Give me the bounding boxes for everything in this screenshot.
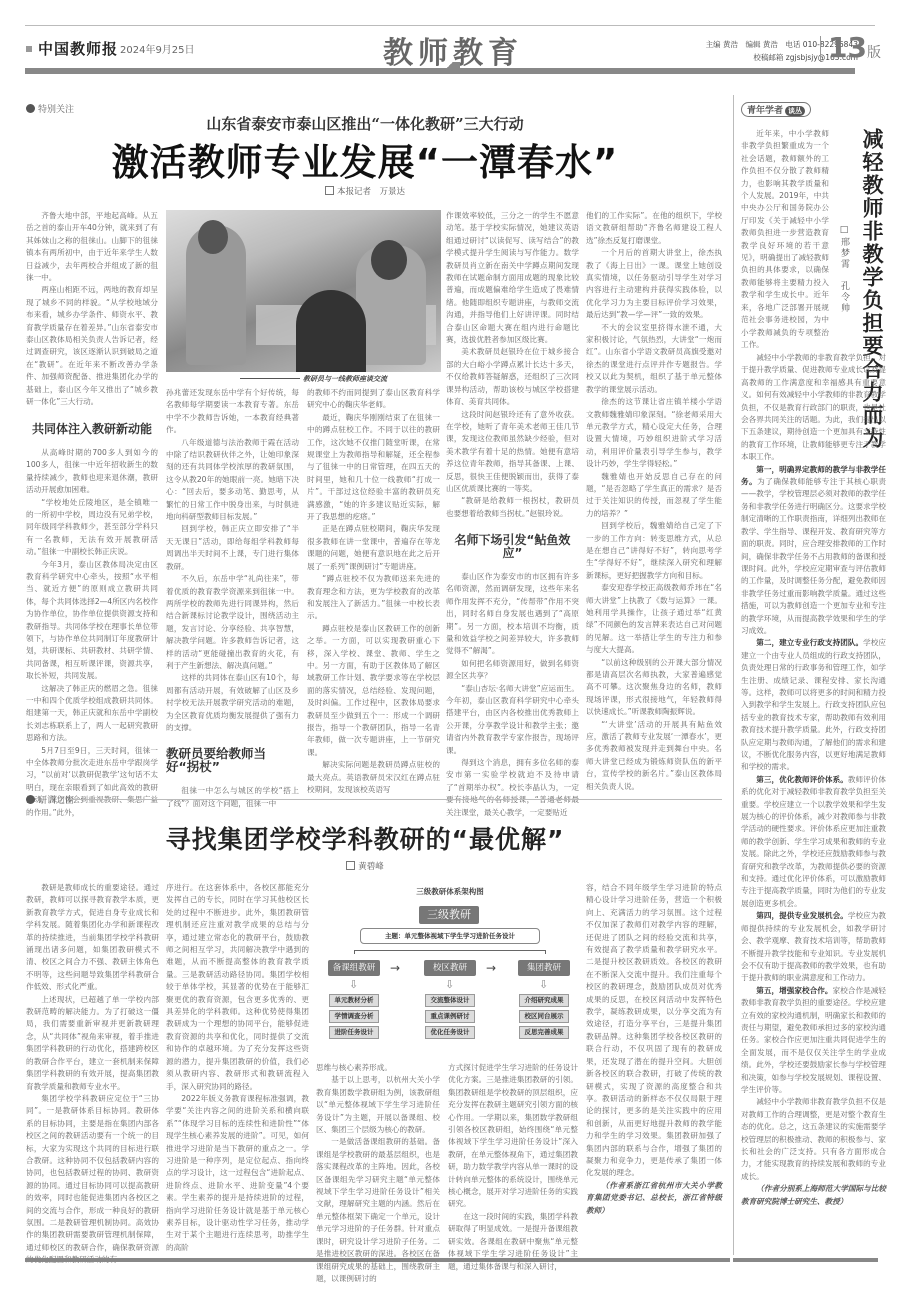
paragraph: “‘大讲堂’活动的开展具有鲇鱼效应，激活了教师专业发展‘一潭春水’，更多优秀教师…	[586, 719, 722, 793]
lead-column-4: 作课效率较低，三分之一的学生不愿意动笔。基于学校实际情况，她建议英语组通过研讨“…	[446, 210, 579, 819]
paragraph: 不大的会议室里挤得水泄不通，大家积极讨论，气氛热烈，大讲堂“一炮而红”。山东省小…	[586, 322, 722, 396]
paragraph: 孙兆蕾还发现东岳中学有个好传统，每名教师每学期要读一本教育专著。东岳中学不少教师…	[166, 387, 299, 437]
photo-caption: 教研员与一线教师座谈交流	[240, 374, 387, 384]
diagram-item: 单元教材分析	[329, 994, 379, 1007]
diagram-item: 介绍研究成果	[519, 994, 569, 1007]
paragraph: 魏雅婧也开始反思自己存在的问题，“是否忽略了学生真正的需求？是否过于关注知识的传…	[586, 471, 722, 521]
paragraph: 泰安迎春学校正高级教师乔玮在“名师大讲堂”上执教了《数与运算》一课。她利用学具操…	[586, 582, 722, 656]
paragraph: 方式探讨促进学生学习进阶的任务设计优化方案。三是推进集团教研的引领。集团教研组是…	[448, 1062, 578, 1211]
paragraph: 两座山相距不远，两地的教育却呈现了城乡不同的样貌。“从学校地域分布来看，城乡办学…	[26, 284, 158, 408]
lead-column-5: 他们的工作实际”。在他的组织下，学校语文教研组帮助“齐鲁名师建设工程人选”徐杰反…	[586, 210, 722, 793]
paragraph: “泰山杏坛·名师大讲堂”应运而生。今年初，泰山区教育科学研究中心牵头搭建平台，由…	[446, 683, 579, 757]
diagram-level-node: 备课组教研	[328, 960, 380, 976]
diagram-item: 校区同台展示	[519, 1010, 569, 1023]
author-note: （作者分别系上海师范大学国际与比较教育研究院博士研究生、教授）	[741, 1183, 886, 1208]
point-lead: 第二，建立专业行政支持团队。	[756, 638, 863, 647]
bottom-bar	[25, 1258, 730, 1262]
down-arrow-icon: ⇩	[349, 979, 358, 990]
paragraph: “学校地处丘陵地区，是全镇唯一的一所初中学校，周边没有兄弟学校，同年级同学科教师…	[26, 497, 158, 559]
point-text: 为了确保教师能够专注于其核心职责——教学，学校管理层必须对教师的教学任务和非教学…	[741, 477, 886, 635]
paragraph: 教研是教师成长的重要途径。通过教研，教师可以探寻教育教学本质，更新教育教学方式，…	[26, 882, 159, 994]
paragraph: 近年来，中小学教师非教学负担繁重成为一个社会话题，教师额外的工作负担不仅分散了教…	[741, 128, 829, 351]
tag-dot-icon	[26, 104, 35, 113]
subhead-crutch: 教研员要给教师当好“拐杖”	[166, 748, 299, 773]
paragraph: 美术教研员赵银玲在位于城乡接合部的大白峪小学蹲点累计长达十多天，不仅给教师答疑解…	[446, 346, 579, 408]
point-paragraph: 第四，提供专业发展机会。学校应为教师提供持续的专业发展机会，如教学研讨会、教学观…	[741, 910, 886, 984]
subhead-community: 共同体注入教研新动能	[26, 423, 158, 435]
diagram-top-node: 三级教研	[419, 906, 479, 924]
lead-column-3: 的教师不约而同提到了泰山区教育科学研究中心的鞠庆华老师。 最近，鞠庆华刚刚结束了…	[307, 387, 440, 796]
tag-dot-icon	[26, 795, 35, 804]
paragraph: 的教师不约而同提到了泰山区教育科学研究中心的鞠庆华老师。	[307, 387, 440, 412]
paragraph: 从高峰时期的700多人到如今的100多人，徂徕一中近年招收新生的数量持续减少，教…	[26, 447, 158, 497]
paragraph: 回到学校后，魏雅婧给自己定了下一步的工作方向：转变思维方式，从总是在想自己“讲得…	[586, 520, 722, 582]
sidebar-tag: 青年学者谈丛	[741, 102, 811, 117]
down-arrow-icon: ⇩	[445, 979, 454, 990]
diagram-item: 交流整体设计	[425, 994, 475, 1007]
paragraph: 得到这个消息，拥有多位名师的泰安市第一实验学校就迫不及待申请了“首期举办权”。校…	[446, 757, 579, 819]
newspaper-logo: 中国教师报	[26, 38, 118, 59]
paragraph: 泰山区作为泰安市的市区拥有许多名师资源，然而调研发现，这些年来名师作用发挥不充分…	[446, 571, 579, 658]
paragraph: 在这一段时间的实践，集团学科教研取得了明显成效。一是提升备课组教研实效。各课组在…	[448, 1211, 578, 1273]
paragraph: 徐杰的这节课让省庄镇羊楼小学语文教师魏雅婧印象深刻。“徐老师采用大单元教学方式，…	[586, 396, 722, 470]
diagram-item: 进阶任务设计	[329, 1026, 379, 1039]
paragraph: 集团学校学科教研应定位于“三协同”。一是教研体系目标协同。教研体系的目标协同，主…	[26, 1093, 159, 1267]
lead-column-1: 齐鲁大地中部，平地起高峰。从五岳之首的泰山开车40分钟，就来到了有其姊妹山之称的…	[26, 210, 158, 819]
paragraph: 不久后，东岳中学“礼尚往来”，带着优质的教育教学资源来到徂徕一中。两所学校的教师…	[166, 573, 299, 672]
paragraph: 八年级道德与法治教师于霞在活动中除了结识教研伙伴之外，让她印象深刻的还有共同体学…	[166, 437, 299, 524]
masthead-separator	[820, 36, 821, 62]
sidebar-tag-badge: 谈丛	[785, 106, 805, 116]
photo-person	[296, 290, 366, 372]
second-column-3a: 思维与核心素养形成。 基于以上思考，以杭州大关小学教育集团数学教研组为例，该教研…	[316, 1062, 440, 1285]
sidebar-tag-label: 青年学者	[747, 106, 783, 116]
email-line: 校稿邮箱 zgjsbjsjy@163.com	[648, 51, 858, 64]
subhead-catfish: 名师下场引发“鲇鱼效应”	[446, 534, 579, 559]
point-paragraph: 第五，增强家校合作。家校合作是减轻教师非教育教学负担的重要途径。学校应建立有效的…	[741, 985, 886, 1097]
paragraph: 解决实际问题是教研员蹲点驻校的最大亮点。英语教研员宋汉红在蹲点驻校期间，发现该校…	[307, 759, 440, 796]
right-arrow-icon: →	[390, 962, 400, 974]
paragraph: 减轻中小学教师的非教育教学负担，对于提升教学质量、促进教师专业成长以及提高教师的…	[741, 352, 886, 464]
paragraph: 齐鲁大地中部，平地起高峰。从五岳之首的泰山开车40分钟，就来到了有其姊妹山之称的…	[26, 210, 158, 284]
paragraph: 一是做活备课组教研的基础。备课组是学校教研的最基层组织，也是落实课程改革的主阵地…	[316, 1136, 440, 1285]
masthead-top-rule	[25, 25, 875, 26]
diagram-level-node: 集团教研	[518, 960, 570, 976]
paragraph: “教研是给教师一根拐杖，教研员也要想着给教师当拐杖。”赵银玲说。	[446, 495, 579, 520]
newspaper-name: 中国教师报	[38, 38, 118, 59]
paragraph: “蹲点驻校不仅为教师送来先进的教育理念和方法，更为学校教育的改革和发展注入了新活…	[307, 573, 440, 623]
photo-person-head	[198, 220, 228, 254]
author-note: （作者系浙江省杭州市大关小学教育集团党委书记、总校长，浙江省特级教师）	[586, 1180, 722, 1217]
paragraph: 如何把名师资源用好，做到名师资源全区共享？	[446, 658, 579, 683]
second-column-3b: 方式探讨促进学生学习进阶的任务设计优化方案。三是推进集团教研的引领。集团教研组是…	[448, 1062, 578, 1273]
paragraph: 这段时间赵银玲还有了意外收获。在学校，她听了青年美术老师王佳几节课，发现这位教师…	[446, 409, 579, 496]
editor-info: 主编 黄浩 编辑 黄浩 电话 010-82296843 校稿邮箱 zgjsbjs…	[648, 38, 858, 64]
sidebar-author: □邢梦霄 孔令帅	[838, 225, 851, 314]
issue-date: 2024年9月25日	[120, 41, 195, 56]
second-column-2: 序进行。在这套体系中，各校区都能充分发挥自己的专长，同时在学习其他校区长处的过程…	[166, 882, 309, 1254]
paragraph: 2022年版义务教育课程标准强调，教学要“关注内容之间的进阶关系和横向联系”“体…	[166, 1093, 309, 1254]
diagram-item: 反思完善成果	[519, 1026, 569, 1039]
logo-square-icon	[26, 46, 32, 52]
lead-photo	[166, 210, 441, 372]
down-arrow-icon: ⇩	[539, 979, 548, 990]
paragraph: 5月7日至9日，三天时间，徂徕一中全体教师分批次走进东岳中学跟岗学习，“以前对‘…	[26, 745, 158, 819]
masthead-bar	[25, 68, 855, 74]
lead-kicker: 山东省泰安市泰山区推出“一体化教研”三大行动	[0, 113, 730, 134]
point-text: 家校合作是减轻教师非教育教学负担的重要途径。学校应建立有效的家校沟通机制，明确家…	[741, 986, 886, 1094]
paragraph: 思维与核心素养形成。	[316, 1062, 440, 1074]
paragraph: 这解决了韩正庆的燃眉之急。徂徕一中和四个优质学校组成教研共同体。组建第一天，韩正…	[26, 683, 158, 745]
paragraph: 一个月后的首期大讲堂上，徐杰执教了《海上日出》一课。课堂上她创设真实情境，以任务…	[586, 247, 722, 321]
lead-headline: 激活教师专业发展“一潭春水”	[0, 132, 730, 186]
sidebar-divider	[733, 95, 734, 1255]
editor-line: 主编 黄浩 编辑 黄浩 电话 010-82296843	[648, 38, 858, 51]
paragraph: 这样的共同体在泰山区有10个，每周都有活动开展，有效破解了山区及乡村学校无法开展…	[166, 672, 299, 734]
page-number-value: 13	[828, 31, 867, 64]
sidebar-intro-narrow: 近年来，中小学教师非教学负担繁重成为一个社会话题，教师额外的工作负担不仅分散了教…	[741, 128, 829, 351]
section-rule	[70, 799, 722, 800]
paragraph: 减轻中小学教师非教育教学负担不仅是对教师工作的合理调整，更是对整个教育生态的优化…	[741, 1096, 886, 1183]
point-paragraph: 第三，优化教师评价体系。教师评价体系的优化对于减轻教师非教育教学负担至关重要。学…	[741, 774, 886, 910]
tag-label: 研训之窗	[38, 793, 74, 806]
section-tag-training: 研训之窗	[26, 793, 74, 806]
page-number: 13版	[828, 31, 881, 64]
point-paragraph: 第一，明确界定教师的教学与非教学任务。为了确保教师能够专注于其核心职责——教学，…	[741, 464, 886, 638]
diagram-item: 学情调查分析	[329, 1010, 379, 1023]
point-paragraph: 第二，建立专业行政支持团队。学校应建立一个由专业人员组成的行政支持团队，负责处理…	[741, 637, 886, 773]
paragraph: “以前这种级别的公开课大部分情况都是请高层次名师执教，大家普遍感觉高不可攀。这次…	[586, 657, 722, 719]
point-text: 学校应建立一个由专业人员组成的行政支持团队，负责处理日常的行政事务和管理工作，如…	[741, 638, 886, 771]
diagram-level-node: 校区教研	[424, 960, 476, 976]
paragraph: 回到学校，韩正庆立即安排了“半天无课日”活动，即给每组学科教师每周调出半天时间不…	[166, 523, 299, 573]
lead-column-2: 孙兆蕾还发现东岳中学有个好传统，每名教师每学期要读一本教育专著。东岳中学不少教师…	[166, 387, 299, 810]
lead-byline: 本报记者 万景达	[0, 185, 730, 197]
photo-person-head	[371, 240, 407, 280]
second-headline: 寻找集团学校学科教研的“最优解”	[0, 820, 730, 856]
diagram-title: 三级教研体系架构图	[318, 886, 582, 897]
tri-level-diagram: 三级教研体系架构图 三级教研 主题：单元整体视域下学生学习进阶任务设计 备课组教…	[318, 882, 582, 1058]
point-lead: 第三，优化教师评价体系。	[756, 775, 848, 784]
diagram-connector	[354, 950, 546, 951]
second-column-4: 容，结合不同年级学生学习进阶的特点精心设计学习进阶任务，营造一个积极向上、充满活…	[586, 882, 722, 1217]
point-text: 学校应为教师提供持续的专业发展机会，如教学研讨会、教学观摩、教育技术培训等，帮助…	[741, 911, 886, 982]
paragraph: 蹲点驻校是泰山区教研工作的创新之举。一方面，可以实现教研重心下移，深入学校、课堂…	[307, 623, 440, 759]
paragraph: 最近，鞠庆华刚刚结束了在徂徕一中的蹲点驻校工作。不同于以往的教研工作，这次她不仅…	[307, 412, 440, 524]
second-byline: 黄碧峰	[0, 860, 730, 872]
diagram-item: 重点课例研讨	[425, 1010, 475, 1023]
point-lead: 第四，提供专业发展机会。	[756, 911, 848, 920]
paragraph: 容，结合不同年级学生学习进阶的特点精心设计学习进阶任务，营造一个积极向上、充满活…	[586, 882, 722, 1180]
sidebar-bottom-bar	[733, 1258, 878, 1262]
diagram-theme: 主题：单元整体视域下学生学习进阶任务设计	[360, 928, 540, 944]
paragraph: 序进行。在这套体系中，各校区都能充分发挥自己的专长，同时在学习其他校区长处的过程…	[166, 882, 309, 1093]
diagram-item: 优化任务设计	[425, 1026, 475, 1039]
second-column-1: 教研是教师成长的重要途径。通过教研，教师可以探寻教育教学本质，更新教育教学方式，…	[26, 882, 159, 1267]
point-lead: 第五，增强家校合作。	[756, 986, 832, 995]
right-arrow-icon: →	[486, 962, 496, 974]
paragraph: 今年3月，泰山区教体局决定由区教育科学研究中心牵头，按照“水平相当、就近方便”的…	[26, 559, 158, 683]
point-text: 教师评价体系的优化对于减轻教师非教育教学负担至关重要。学校应建立一个以教学效果和…	[741, 775, 886, 908]
paragraph: 他们的工作实际”。在他的组织下，学校语文教研组帮助“齐鲁名师建设工程人选”徐杰反…	[586, 210, 722, 247]
sidebar-body: 减轻中小学教师的非教育教学负担，对于提升教学质量、促进教师专业成长以及提高教师的…	[741, 352, 886, 1208]
page-suffix: 版	[867, 45, 881, 61]
paragraph: 作课效率较低，三分之一的学生不愿意动笔。基于学校实际情况，她建议英语组通过研讨“…	[446, 210, 579, 346]
paragraph: 正是在蹲点驻校期间，鞠庆华发现很多教师在讲一堂课中，普遍存在等龙课题的问题，她便…	[307, 523, 440, 573]
paragraph: 上述现状，已超越了单一学校内部教研范畴的解决能力。为了打破这一僵局，我们需要重新…	[26, 994, 159, 1093]
paragraph: 基于以上思考，以杭州大关小学教育集团数学教研组为例，该教研组以“单元整体视域下学…	[316, 1074, 440, 1136]
paragraph: 徂徕一中怎么与城区的学校“搭上了线”？面对这个问题，徂徕一中	[166, 785, 299, 810]
